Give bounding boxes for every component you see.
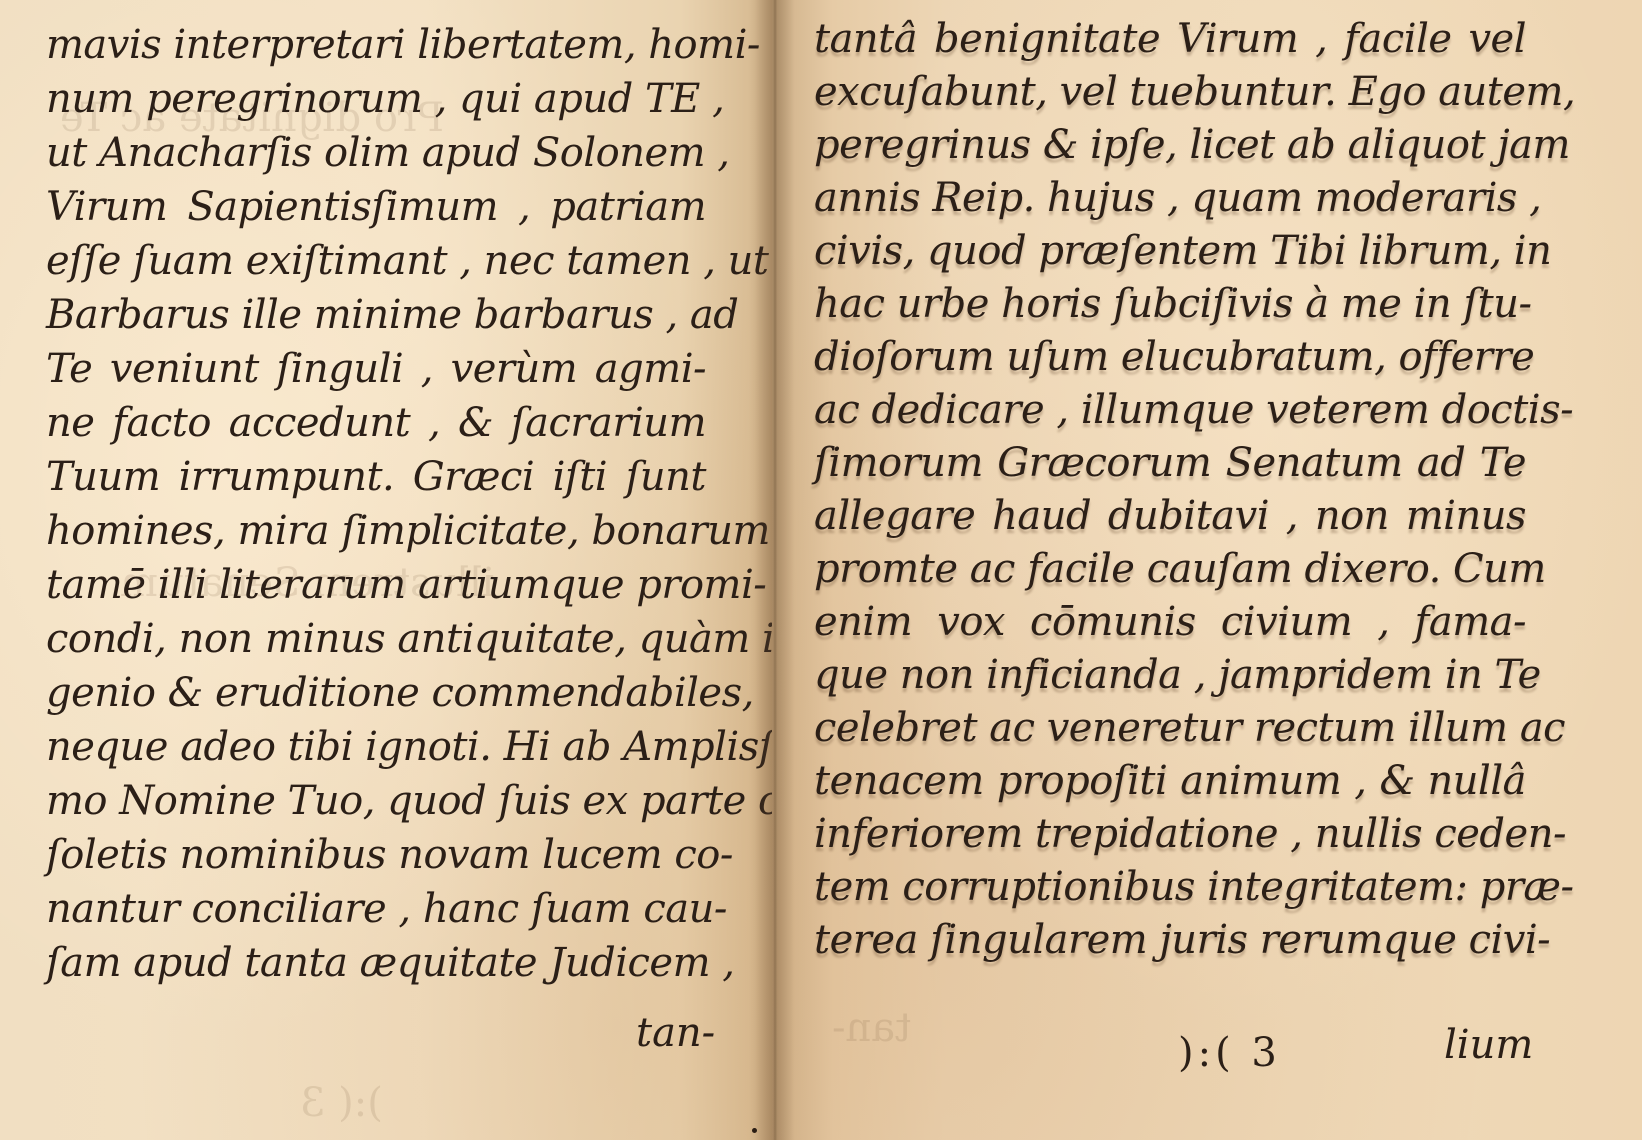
right-line-2: excuſabunt, vel tuebuntur. Ego autem,	[814, 69, 1526, 115]
left-line-11: tamē illi literarum artiumque promi-	[46, 562, 706, 608]
right-catchword: lium	[1444, 1022, 1533, 1068]
right-line-5: civis, quod præſentem Tibi librum, in	[814, 228, 1526, 274]
gutter-mark	[752, 1128, 757, 1133]
right-line-17: tem corruptionibus integritatem: præ-	[814, 864, 1526, 910]
left-line-14: neque adeo tibi ignoti. Hi ab Amplisſi-	[46, 724, 706, 770]
left-line-7: Te veniunt ſinguli , verùm agmi-	[46, 346, 706, 392]
show-through-text: ):( 3	[300, 1080, 383, 1126]
right-line-9: ſimorum Græcorum Senatum ad Te	[814, 440, 1526, 486]
left-line-5: eſſe ſuam exiſtimant , nec tamen , ut	[46, 238, 706, 284]
left-line-2: num peregrinorum , qui apud TE ,	[46, 76, 706, 122]
left-line-17: nantur conciliare , hanc ſuam cau-	[46, 886, 706, 932]
right-line-12: enim vox cōmunis civium , fama-	[814, 599, 1526, 645]
right-line-8: ac dedicare , illumque veterem doctis-	[814, 387, 1526, 433]
right-line-15: tenacem propoſiti animum , & nullâ	[814, 758, 1526, 804]
right-line-16: inferiorem trepidatione , nullis ceden-	[814, 811, 1526, 857]
left-line-4: Virum Sapientisſimum , patriam	[46, 184, 706, 230]
left-page: Pro dignitate ac Te illustrem Senatum ):…	[0, 0, 772, 1140]
left-catchword: tan-	[636, 1010, 715, 1056]
right-line-3: peregrinus & ipſe, licet ab aliquot jam	[814, 122, 1526, 168]
left-line-15: mo Nomine Tuo, quod ſuis ex parte ob-	[46, 778, 706, 824]
left-line-8: ne facto accedunt , & ſacrarium	[46, 400, 706, 446]
right-line-13: que non inficianda , jampridem in Te	[814, 652, 1526, 698]
right-line-7: dioſorum uſum elucubratum, offerre	[814, 334, 1526, 380]
left-line-9: Tuum irrumpunt. Græci iſti ſunt	[46, 454, 706, 500]
left-line-13: genio & eruditione commendabiles,	[46, 670, 706, 716]
left-line-10: homines, mira ſimplicitate, bonarum	[46, 508, 706, 554]
right-line-18: terea ſingularem juris rerumque civi-	[814, 917, 1526, 963]
left-line-16: ſoletis nominibus novam lucem co-	[46, 832, 706, 878]
left-line-18: ſam apud tanta æquitate Judicem ,	[46, 940, 706, 986]
left-line-3: ut Anacharſis olim apud Solonem ,	[46, 130, 706, 176]
right-line-6: hac urbe horis ſubciſivis à me in ſtu-	[814, 281, 1526, 327]
right-line-4: annis Reip. hujus , quam moderaris ,	[814, 175, 1526, 221]
left-line-6: Barbarus ille minime barbarus , ad	[46, 292, 706, 338]
right-line-1: tantâ benignitate Virum , facile vel	[814, 16, 1526, 62]
show-through-text: tan-	[832, 1005, 911, 1051]
right-line-10: allegare haud dubitavi , non minus	[814, 493, 1526, 539]
right-line-11: promte ac facile cauſam dixero. Cum	[814, 546, 1526, 592]
book-spread: Pro dignitate ac Te illustrem Senatum ):…	[0, 0, 1642, 1140]
right-page: tan- tantâ benignitate Virum , facile ve…	[772, 0, 1642, 1140]
signature-mark: ):( 3	[1178, 1030, 1281, 1076]
right-line-14: celebret ac veneretur rectum illum ac	[814, 705, 1526, 751]
left-line-12: condi, non minus antiquitate, quàm in-	[46, 616, 706, 662]
left-line-1: mavis interpretari libertatem, homi-	[46, 22, 706, 68]
